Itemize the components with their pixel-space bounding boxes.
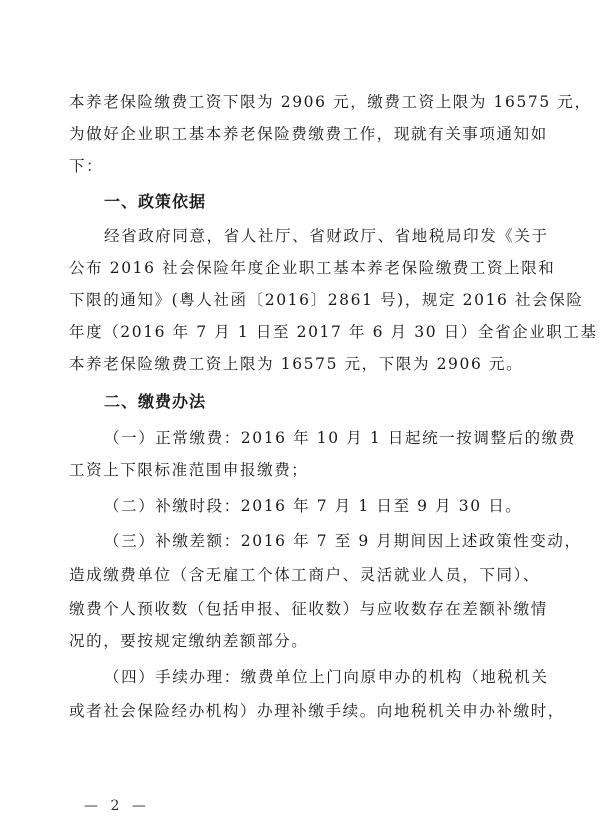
body-line: 况的，要按规定缴纳差额部分。 bbox=[69, 631, 535, 651]
body-line: 工资上下限标准范围申报缴费； bbox=[69, 460, 535, 480]
body-line: 下限的通知》(粤人社函〔2016〕2861 号)，规定 2016 社会保险 bbox=[69, 290, 535, 310]
body-line: 公布 2016 社会保险年度企业职工基本养老保险缴费工资上限和 bbox=[69, 258, 535, 278]
body-line: （三）补缴差额：2016 年 7 至 9 月期间因上述政策性变动， bbox=[104, 531, 535, 551]
body-line: 或者社会保险经办机构）办理补缴手续。向地税机关申办补缴时， bbox=[69, 701, 535, 721]
page-number: — 2 — bbox=[84, 798, 150, 814]
body-line: （二）补缴时段：2016 年 7 月 1 日至 9 月 30 日。 bbox=[104, 496, 535, 516]
body-line: 造成缴费单位（含无雇工个体工商户、灵活就业人员，下同）、 bbox=[69, 565, 535, 585]
section-heading-policy-basis: 一、政策依据 bbox=[104, 192, 570, 212]
section-heading-payment-method: 二、缴费办法 bbox=[104, 392, 570, 412]
body-line: 本养老保险缴费工资下限为 2906 元，缴费工资上限为 16575 元， bbox=[69, 92, 535, 112]
body-line: 缴费个人预收数（包括申报、征收数）与应收数存在差额补缴情 bbox=[69, 599, 535, 619]
body-line: （四）手续办理：缴费单位上门向原申办的机构（地税机关 bbox=[104, 667, 535, 687]
body-line: （一）正常缴费：2016 年 10 月 1 日起统一按调整后的缴费 bbox=[104, 428, 535, 448]
document-page: 本养老保险缴费工资下限为 2906 元，缴费工资上限为 16575 元， 为做好… bbox=[0, 0, 601, 838]
body-line: 经省政府同意，省人社厅、省财政厅、省地税局印发《关于 bbox=[104, 226, 535, 246]
body-line: 年度（2016 年 7 月 1 日至 2017 年 6 月 30 日）全省企业职… bbox=[69, 322, 535, 342]
body-line: 下： bbox=[69, 156, 535, 176]
body-line: 本养老保险缴费工资上限为 16575 元，下限为 2906 元。 bbox=[69, 354, 535, 374]
body-line: 为做好企业职工基本养老保险费缴费工作，现就有关事项通知如 bbox=[69, 124, 535, 144]
